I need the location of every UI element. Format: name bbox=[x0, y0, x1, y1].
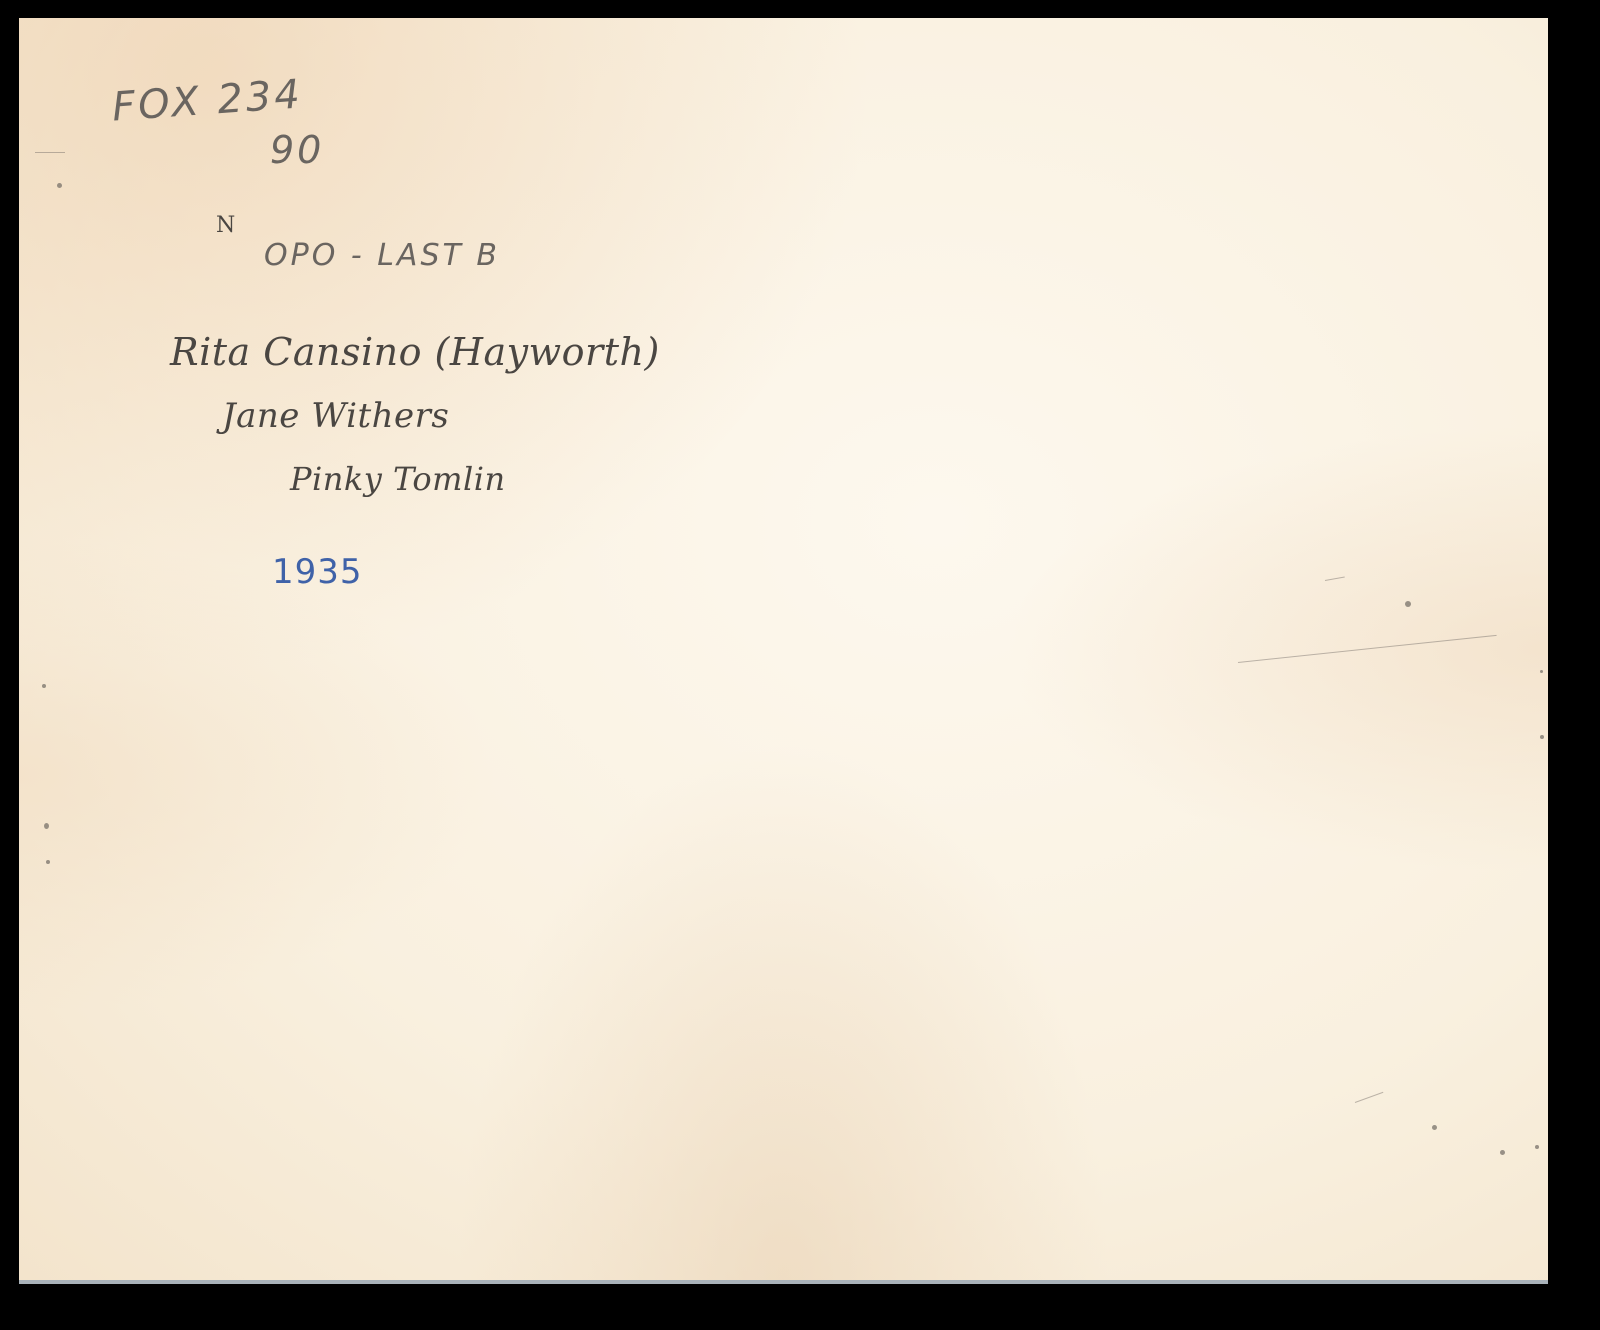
photo-back-paper bbox=[19, 18, 1548, 1280]
marker-n: N bbox=[216, 213, 236, 238]
sub-number: 90 bbox=[270, 128, 324, 172]
speck bbox=[1432, 1125, 1437, 1130]
speck bbox=[44, 823, 49, 829]
speck bbox=[1500, 1150, 1505, 1155]
cast-name-2: Jane Withers bbox=[222, 396, 449, 436]
speck bbox=[46, 860, 50, 864]
cast-name-1: Rita Cansino (Hayworth) bbox=[170, 330, 660, 374]
scratch bbox=[35, 152, 65, 153]
cast-name-3: Pinky Tomlin bbox=[290, 460, 506, 498]
speck bbox=[42, 684, 46, 688]
speck bbox=[1535, 1145, 1539, 1149]
film-code: OPO - LAST B bbox=[264, 238, 500, 273]
speck bbox=[57, 183, 62, 188]
paper-bottom-edge bbox=[19, 1280, 1548, 1284]
speck bbox=[1540, 735, 1544, 739]
speck bbox=[1540, 670, 1543, 673]
year-note: 1935 bbox=[272, 552, 363, 592]
speck bbox=[1405, 601, 1411, 607]
